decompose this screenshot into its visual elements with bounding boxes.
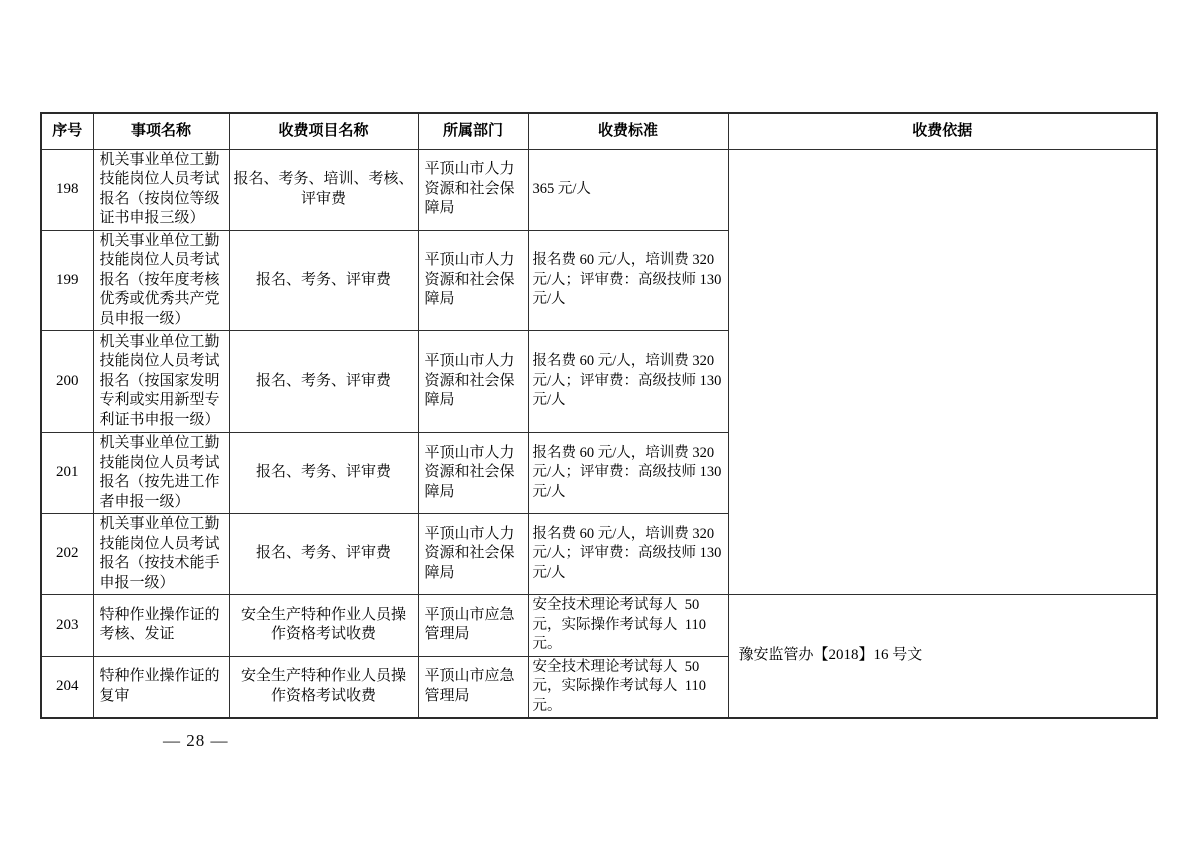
page-number: — 28 — — [163, 731, 229, 751]
cell-seq: 203 — [41, 595, 93, 657]
cell-fee-project: 安全生产特种作业人员操 作资格考试收费 — [229, 595, 418, 657]
cell-seq: 204 — [41, 656, 93, 718]
table-header-row: 序号 事项名称 收费项目名称 所属部门 收费标准 收费依据 — [41, 113, 1157, 149]
cell-department: 平顶山市应急 管理局 — [418, 595, 528, 657]
cell-department: 平顶山市人力 资源和社会保 障局 — [418, 331, 528, 433]
cell-seq: 200 — [41, 331, 93, 433]
cell-fee-basis-merged-empty — [728, 149, 1157, 595]
cell-item-name: 机关事业单位工勤 技能岗位人员考试 报名（按岗位等级 证书申报三级） — [93, 149, 229, 230]
cell-fee-project: 安全生产特种作业人员操 作资格考试收费 — [229, 656, 418, 718]
document-page: 序号 事项名称 收费项目名称 所属部门 收费标准 收费依据 198 机关事业单位… — [0, 0, 1200, 848]
cell-seq: 202 — [41, 514, 93, 595]
cell-fee-standard: 安全技术理论考试每人 50 元，实际操作考试每人 110 元。 — [528, 595, 728, 657]
cell-department: 平顶山市人力 资源和社会保 障局 — [418, 514, 528, 595]
cell-item-name: 特种作业操作证的 考核、发证 — [93, 595, 229, 657]
cell-item-name: 机关事业单位工勤 技能岗位人员考试 报名（按技术能手 申报一级） — [93, 514, 229, 595]
cell-fee-standard: 报名费 60 元/人，培训费 320 元/人；评审费：高级技师 130 元/人 — [528, 331, 728, 433]
cell-department: 平顶山市人力 资源和社会保 障局 — [418, 149, 528, 230]
header-fee-standard: 收费标准 — [528, 113, 728, 149]
cell-item-name: 特种作业操作证的 复审 — [93, 656, 229, 718]
cell-fee-standard: 报名费 60 元/人，培训费 320 元/人；评审费：高级技师 130 元/人 — [528, 433, 728, 514]
header-department: 所属部门 — [418, 113, 528, 149]
cell-item-name: 机关事业单位工勤 技能岗位人员考试 报名（按国家发明 专利或实用新型专 利证书申… — [93, 331, 229, 433]
header-fee-basis: 收费依据 — [728, 113, 1157, 149]
cell-item-name: 机关事业单位工勤 技能岗位人员考试 报名（按先进工作 者申报一级） — [93, 433, 229, 514]
table-row: 203 特种作业操作证的 考核、发证 安全生产特种作业人员操 作资格考试收费 平… — [41, 595, 1157, 657]
header-fee-project: 收费项目名称 — [229, 113, 418, 149]
cell-fee-project: 报名、考务、评审费 — [229, 230, 418, 331]
header-seq: 序号 — [41, 113, 93, 149]
table-row: 198 机关事业单位工勤 技能岗位人员考试 报名（按岗位等级 证书申报三级） 报… — [41, 149, 1157, 230]
cell-fee-basis-merged: 豫安监管办【2018】16 号文 — [728, 595, 1157, 719]
cell-fee-project: 报名、考务、评审费 — [229, 514, 418, 595]
cell-fee-standard: 安全技术理论考试每人 50 元，实际操作考试每人 110 元。 — [528, 656, 728, 718]
cell-fee-project: 报名、考务、评审费 — [229, 331, 418, 433]
cell-seq: 198 — [41, 149, 93, 230]
cell-department: 平顶山市应急 管理局 — [418, 656, 528, 718]
cell-item-name: 机关事业单位工勤 技能岗位人员考试 报名（按年度考核 优秀或优秀共产党 员申报一… — [93, 230, 229, 331]
cell-fee-project: 报名、考务、评审费 — [229, 433, 418, 514]
cell-fee-standard: 365 元/人 — [528, 149, 728, 230]
cell-seq: 201 — [41, 433, 93, 514]
cell-fee-standard: 报名费 60 元/人，培训费 320 元/人；评审费：高级技师 130 元/人 — [528, 230, 728, 331]
header-item-name: 事项名称 — [93, 113, 229, 149]
fee-schedule-table: 序号 事项名称 收费项目名称 所属部门 收费标准 收费依据 198 机关事业单位… — [40, 112, 1158, 719]
cell-department: 平顶山市人力 资源和社会保 障局 — [418, 433, 528, 514]
cell-seq: 199 — [41, 230, 93, 331]
cell-fee-standard: 报名费 60 元/人，培训费 320 元/人；评审费：高级技师 130 元/人 — [528, 514, 728, 595]
cell-fee-project: 报名、考务、培训、考核、 评审费 — [229, 149, 418, 230]
cell-department: 平顶山市人力 资源和社会保 障局 — [418, 230, 528, 331]
